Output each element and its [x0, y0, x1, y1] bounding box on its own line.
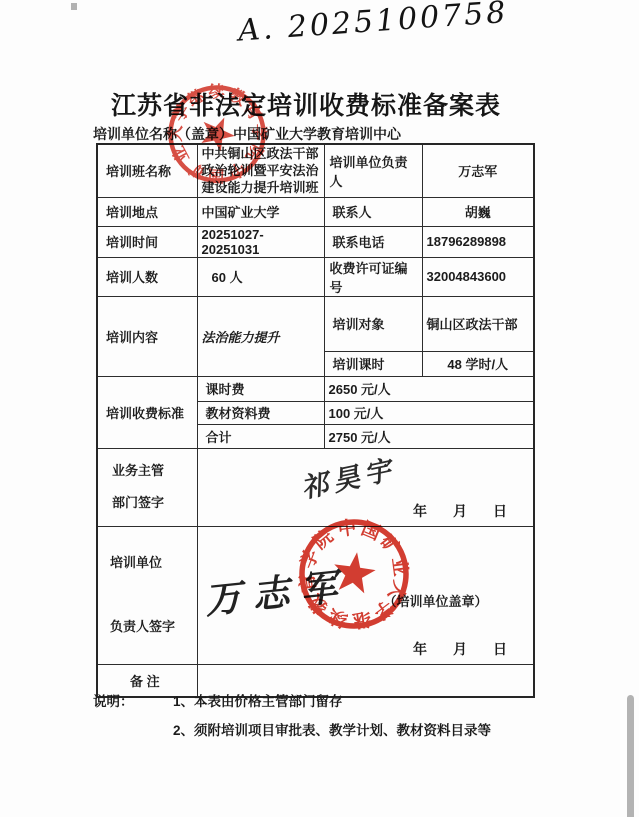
- note-item: 1、本表由价格主管部门留存: [173, 690, 491, 710]
- phone-value: 18796289898: [422, 226, 534, 257]
- fee-standard-label: 培训收费标准: [97, 376, 197, 448]
- class-name-value: 中共铜山区政法干部政治轮训暨平安法治建设能力提升培训班: [197, 144, 324, 197]
- unit-signature-handwriting: 万志军: [201, 555, 350, 624]
- fee-item-value: 100 元/人: [324, 401, 534, 424]
- unit-sign-cell: 万志军 （培训单位盖章） 年月日: [197, 526, 534, 664]
- unit-head-value: 万志军: [422, 144, 534, 197]
- scanned-form-page: A. 2025100758 江苏省非法定培训收费标准备案表 培训单位名称（盖章）…: [0, 0, 639, 817]
- day-label: 日: [493, 501, 507, 521]
- year-label: 年: [413, 639, 427, 659]
- unit-name-line: 培训单位名称（盖章）中国矿业大学教育培训中心: [93, 124, 401, 144]
- fee-item-value: 2650 元/人: [324, 376, 534, 401]
- time-label: 培训时间: [97, 226, 197, 257]
- hours-label: 培训课时: [324, 351, 422, 376]
- fee-item-label: 合计: [197, 424, 324, 448]
- hours-value: 48 学时/人: [422, 351, 534, 376]
- scan-artifact-dot: [71, 3, 77, 10]
- unit-sign-label: 培训单位 负责人签字: [97, 526, 197, 664]
- table-row: 培训收费标准 课时费 2650 元/人: [97, 376, 534, 401]
- month-label: 月: [453, 501, 467, 521]
- fee-item-value: 2750 元/人: [324, 424, 534, 448]
- time-value: 20251027-20251031: [197, 226, 324, 257]
- table-row: 培训人数 60 人 收费许可证编号 32004843600: [97, 257, 534, 296]
- page-title: 江苏省非法定培训收费标准备案表: [0, 86, 612, 122]
- target-label: 培训对象: [324, 296, 422, 351]
- filing-form-table: 培训班名称 中共铜山区政法干部政治轮训暨平安法治建设能力提升培训班 培训单位负责…: [96, 143, 535, 698]
- headcount-value: 60 人: [197, 257, 324, 296]
- fee-item-label: 教材资料费: [197, 401, 324, 424]
- table-row: 业务主管 部门签字 祁昊宇 年月日: [97, 448, 534, 526]
- table-row: 培训地点 中国矿业大学 联系人 胡巍: [97, 197, 534, 226]
- contact-label: 联系人: [324, 197, 422, 226]
- month-label: 月: [453, 639, 467, 659]
- target-value: 铜山区政法干部: [422, 296, 534, 351]
- fee-item-label: 课时费: [197, 376, 324, 401]
- location-value: 中国矿业大学: [197, 197, 324, 226]
- unit-sign-label-line1: 培训单位: [110, 555, 162, 570]
- contact-value: 胡巍: [422, 197, 534, 226]
- unit-sign-label-line2: 负责人签字: [110, 619, 175, 634]
- handwritten-archive-number: A. 2025100758: [237, 0, 459, 49]
- content-value: 法治能力提升: [197, 296, 324, 376]
- dept-sign-label: 业务主管 部门签字: [97, 448, 197, 526]
- date-placeholder: 年月日: [413, 501, 507, 521]
- license-value: 32004843600: [422, 257, 534, 296]
- vertical-scrollbar-thumb[interactable]: [627, 695, 634, 817]
- location-label: 培训地点: [97, 197, 197, 226]
- note-item: 2、须附培训项目审批表、教学计划、教材资料目录等: [173, 719, 491, 739]
- dept-signature-handwriting: 祁昊宇: [296, 448, 398, 505]
- dept-sign-cell: 祁昊宇 年月日: [197, 448, 534, 526]
- class-name-label: 培训班名称: [97, 144, 197, 197]
- unit-head-label: 培训单位负责人: [324, 144, 422, 197]
- unit-name-label: 培训单位名称（盖章）: [93, 126, 233, 142]
- table-row: 培训内容 法治能力提升 培训对象 铜山区政法干部: [97, 296, 534, 351]
- content-label: 培训内容: [97, 296, 197, 376]
- headcount-label: 培训人数: [97, 257, 197, 296]
- license-label: 收费许可证编号: [324, 257, 422, 296]
- day-label: 日: [493, 639, 507, 659]
- table-row: 培训时间 20251027-20251031 联系电话 18796289898: [97, 226, 534, 257]
- phone-label: 联系电话: [324, 226, 422, 257]
- table-row: 培训单位 负责人签字 万志军 （培训单位盖章） 年月日: [97, 526, 534, 664]
- dept-sign-label-line1: 业务主管: [112, 463, 164, 478]
- footnotes: 说明： 1、本表由价格主管部门留存 2、须附培训项目审批表、教学计划、教材资料目…: [93, 690, 491, 748]
- stamp-note: （培训单位盖章）: [384, 591, 488, 610]
- date-placeholder: 年月日: [413, 639, 507, 659]
- dept-sign-label-line2: 部门签字: [112, 495, 164, 510]
- year-label: 年: [413, 501, 427, 521]
- notes-label: 说明：: [93, 690, 145, 748]
- table-row: 培训班名称 中共铜山区政法干部政治轮训暨平安法治建设能力提升培训班 培训单位负责…: [97, 144, 534, 197]
- unit-name-value: 中国矿业大学教育培训中心: [233, 126, 401, 142]
